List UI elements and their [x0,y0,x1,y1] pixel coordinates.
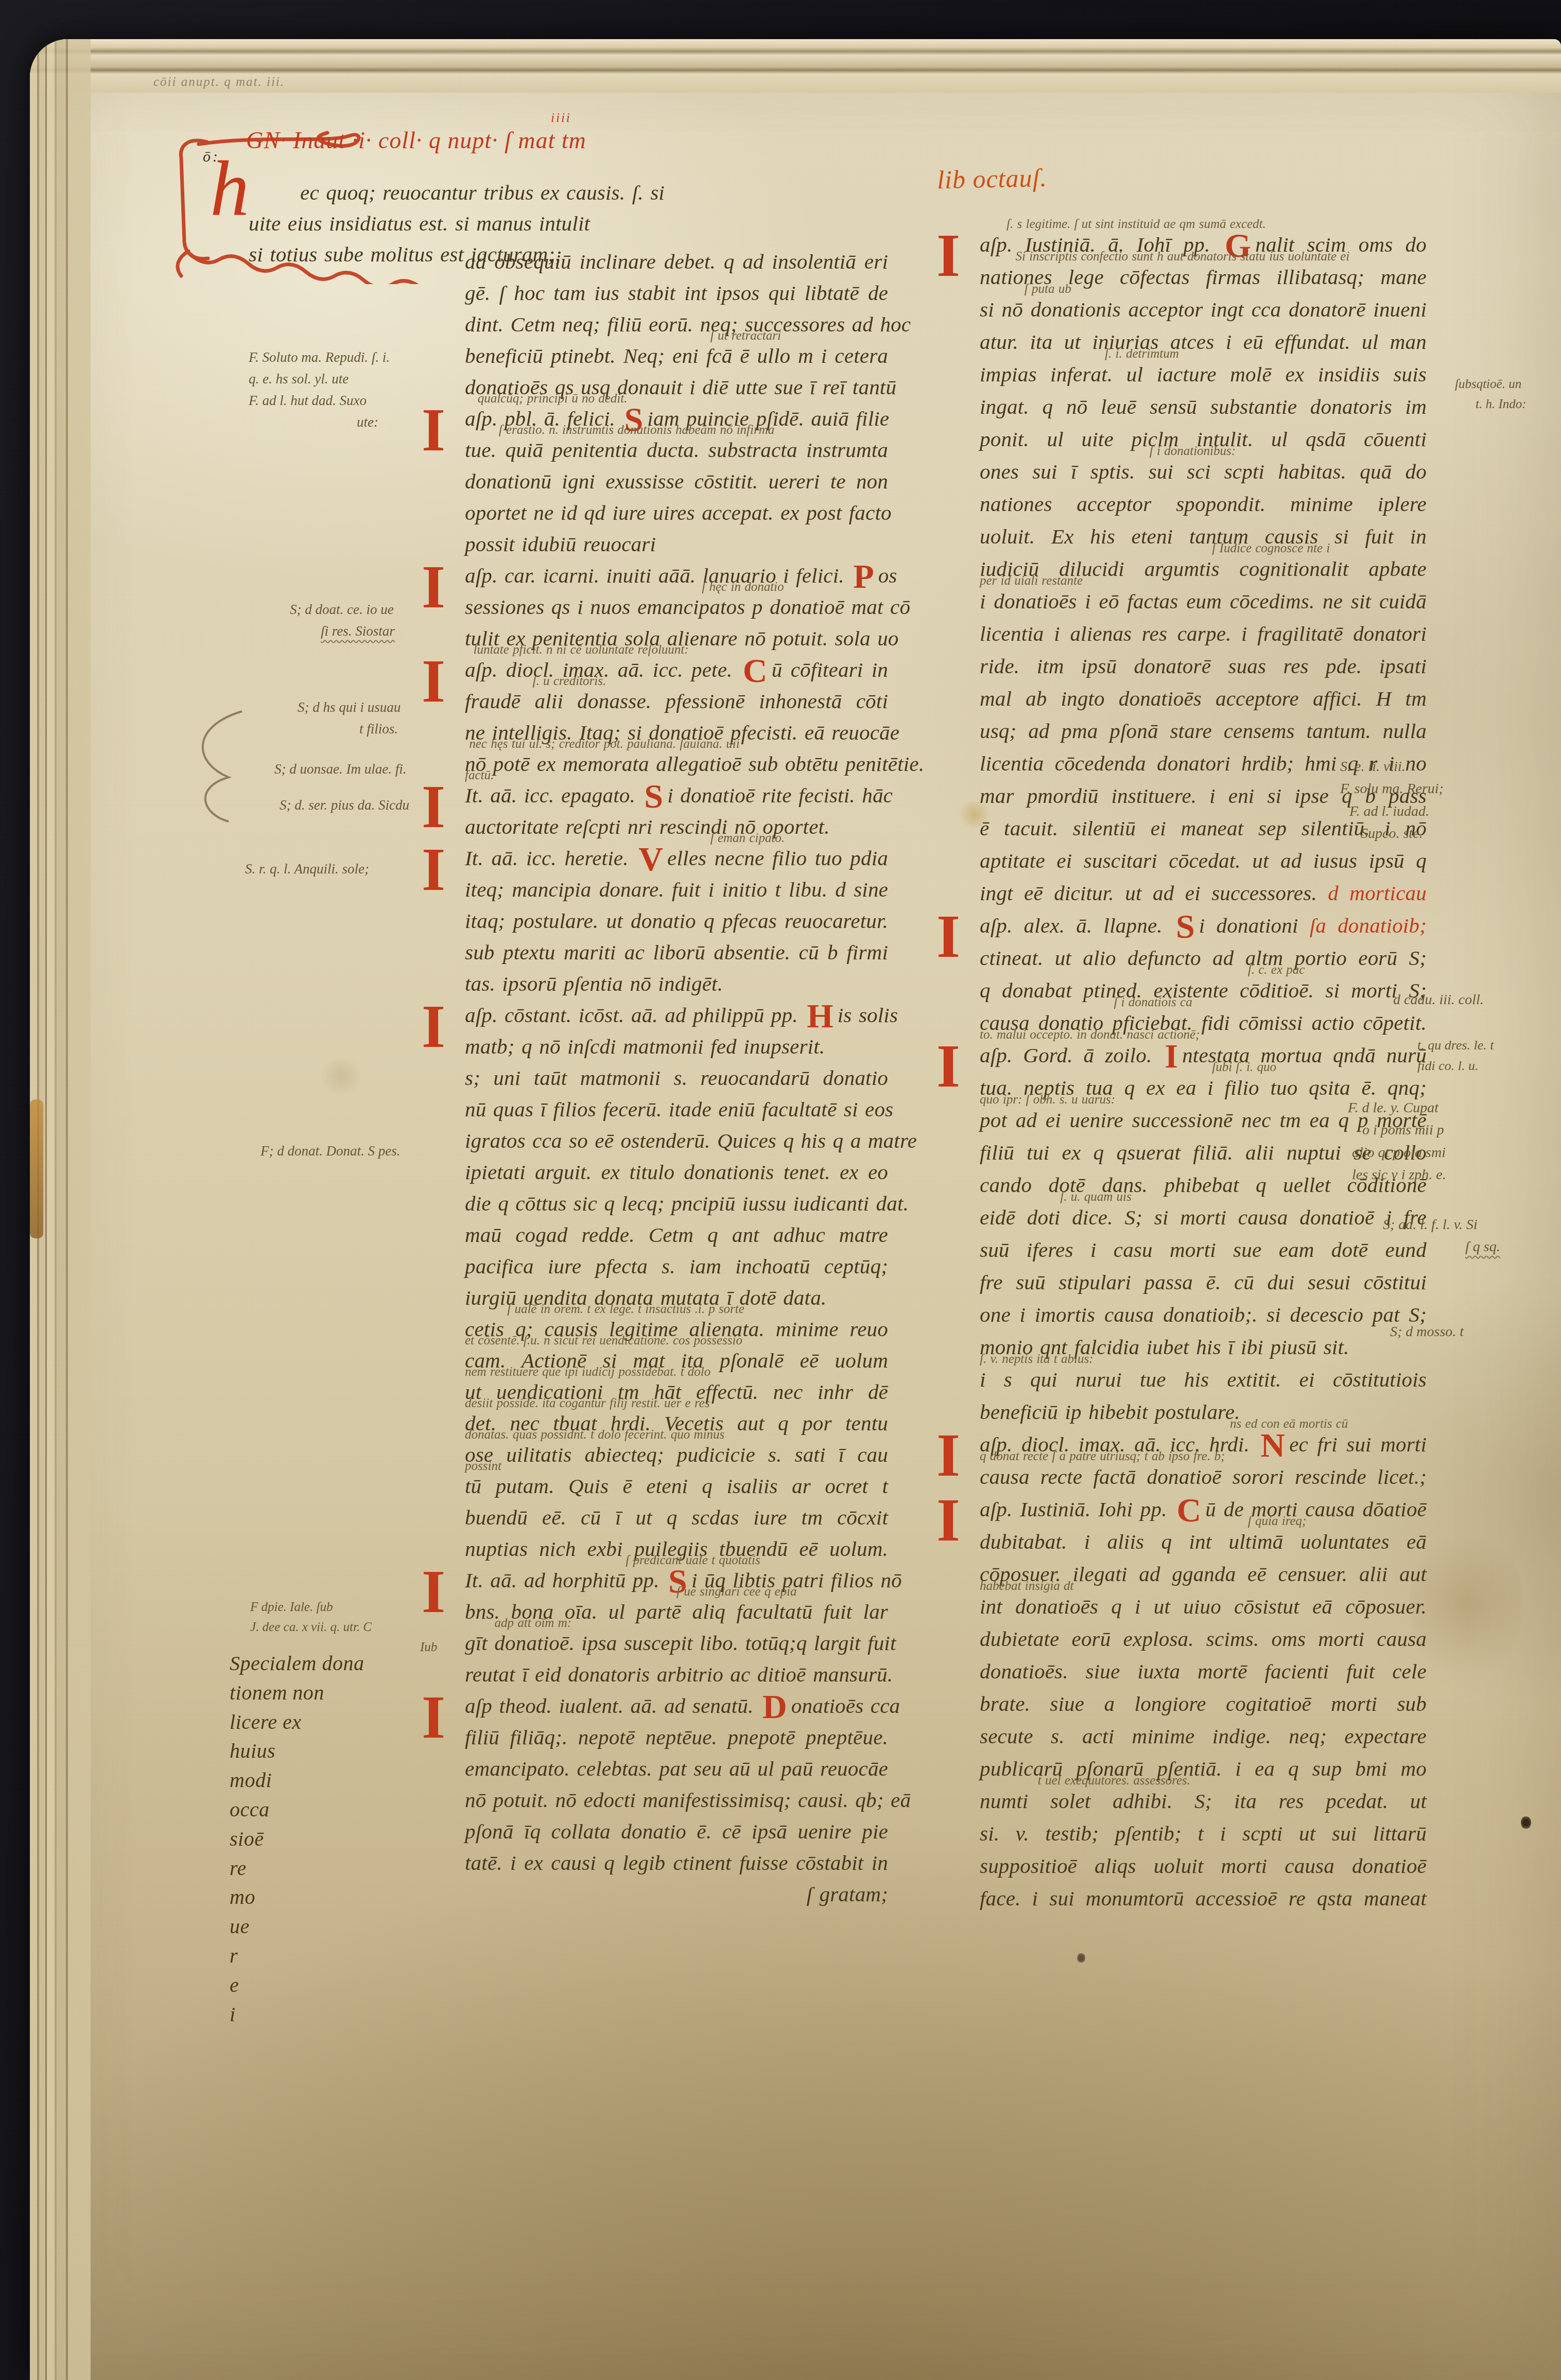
line-text: igratos cca so eē ostenderū. Quices q hi… [465,1129,917,1152]
line-text: tas. ipsorū pſentia nō indigēt. [465,972,723,995]
margin-gloss: F. Soluto ma. Repudi. ſ. i.q. e. hs sol.… [249,347,390,433]
running-title: lib octauſ. [936,163,1047,195]
interlinear-gloss: ſ eman cipato. [710,832,785,845]
line-text: usq; ad pma pſonā stare censems tantum. … [980,719,1427,743]
margin-gloss-line: re [230,1854,364,1883]
line-text: mal ab ingto donatioēs acceptore affici.… [980,687,1427,710]
line-text: tue. quiā penitentia ducta. substracta i… [465,438,888,462]
line-text: si. v. testib; pſentib; t i scpti ut sui… [980,1822,1427,1845]
line-text: gē. ſ hoc tam ius stabit int ipsos qui l… [465,281,888,305]
interlinear-gloss: ſ quia ireq; [1248,1515,1307,1528]
margin-gloss-line: F. ad l. hut dad. Suxo [249,390,390,412]
interlinear-gloss: q donat recte ſ a patre utriusq; t ab ip… [980,1450,1225,1463]
line-text: is solis [838,1003,898,1027]
margin-gloss-line: occa [230,1795,364,1825]
line-text: tū putam. Quis ē eteni q isaliis ar ocre… [465,1474,888,1498]
line-text: beneficiū ip hibebit postulare. [980,1400,1240,1424]
paragraph-initial-I: I [936,906,960,967]
line-text: ones sui ī sptis. sui sci scpti habitas.… [980,460,1427,483]
paragraph-initial-I: I [936,1036,960,1097]
line-text: emancipato. celebtas. pat seu aū ul paū … [465,1757,888,1780]
margin-gloss-line: huius [230,1737,364,1766]
margin-gloss: S; d hs qui i usuaut filios. [298,697,401,740]
line-text: nū quas ī filios fecerū. itade eniū facu… [465,1097,893,1121]
manuscript-line: one i imortis causa donatioib;. si deces… [980,1299,1427,1331]
margin-gloss-line: F dpie. Iale. ſub [250,1598,437,1618]
margin-gloss-line: ſi res. Siostar [321,621,395,642]
manuscript-line: donatioēs. siue iuxta mortē facienti fui… [980,1655,1427,1688]
inline-rubric: ſa donatioib; [1310,914,1427,937]
line-text: ipietati arguit. ex titulo donationis te… [465,1160,888,1184]
line-text: i donatioē rite fecisti. hāc [667,783,893,807]
margin-gloss-line: modi [230,1766,364,1795]
worm-hole [1521,1816,1531,1829]
margin-gloss-line: S. r. q. l. Anquili. sole; [245,859,369,880]
interlinear-gloss: factū. [465,769,494,782]
paragraph-initial-I: I [422,839,445,900]
rubricated-initial: V [636,841,667,878]
manuscript-line: ſ erastio. n. instrumtis donationis habe… [465,434,888,466]
margin-gloss: F; d donat. Donat. S pes. [261,1141,400,1162]
line-text: ū cōfiteari in [772,658,888,681]
interlinear-gloss: ſ Iudice cognosce nte i [1212,542,1330,555]
manuscript-line: beneficiū ip hibebit postulare. [980,1396,1427,1428]
rubricated-initial-h: h [210,149,249,227]
line-text: ad obsequiū inclinare debet. q ad insole… [465,250,888,273]
inscriptio-text: It. aā. icc. epagato. [465,783,642,807]
rubric-superscript-numeral: iiii [551,111,571,126]
margin-gloss-line: e [230,1971,364,2000]
manuscript-line: iteq; mancipia donare. fuit i initio t l… [465,874,888,905]
interlinear-gloss: desiit posside. ita cogantur filij resti… [465,1397,710,1410]
manuscript-line: emancipato. celebtas. pat seu aū ul paū … [465,1753,888,1784]
line-text: onatioēs cca [791,1694,900,1718]
line-text: donationū igni exussisse cōstitit. uerer… [465,469,888,493]
manuscript-line: ſ i donationibus:ones sui ī sptis. sui s… [980,456,1427,488]
paragraph-initial-I: I [422,400,445,461]
interlinear-gloss: ſubi ſ. i. quo [1212,1061,1276,1074]
margin-gloss-line: S. e. li. vlii. [1340,756,1444,778]
paragraph-initial-I: I [936,225,960,286]
manuscript-line: possinttū putam. Quis ē eteni q isaliis … [465,1471,888,1502]
line-text: tatē. i ex causi q legib ctinent fuisse … [465,1851,888,1875]
line-text: ingt eē dicitur. ut ad ei successores. [980,881,1328,905]
interlinear-gloss: ſ. u creditoris. [533,675,606,688]
rubricated-initial: S [1174,908,1199,946]
margin-gloss-line: ue [230,1912,364,1941]
line-text: os [878,564,897,587]
margin-gloss-line: t filios. [359,719,401,740]
interlinear-gloss: nec hęs tui ul. s; creditor pot. paulian… [469,738,739,750]
line-text: dint. Cetm neq; filiū eorū. neq; success… [465,312,911,336]
margin-gloss-line: q. e. hs sol. yl. ute [249,369,390,390]
manuscript-line: ſ ut retractaribeneficiū ptinebt. Neq; e… [465,340,888,372]
line-text: si nō donationis acceptor ingt cca donat… [980,297,1427,321]
manuscript-line: uoluit. Ex his eteni tantum causis si fu… [980,520,1427,553]
line-text: suppositioē aliqs uoluit morti causa don… [980,1854,1427,1878]
line-text: ride. itm ipsū donatorē suas res pde. ip… [980,654,1427,678]
line-text: pſonā īq collata donatio ē. cē ipsā ueni… [465,1819,888,1843]
manuscript-line: q donat recte ſ a patre utriusq; t ab ip… [980,1461,1427,1493]
manuscript-line: t uel exequutores. assessores.numti sole… [980,1785,1427,1817]
margin-gloss: F dpie. Iale. ſubJ. dee ca. x vii. q. ut… [250,1598,437,1657]
manuscript-line: ſ puta ubsi nō donationis acceptor ingt … [980,293,1427,326]
manuscript-line: matb; q nō inſcdi matmonii fed inupserit… [465,1031,888,1062]
line-text: atur. ita ut iniurias atces i eū effunda… [980,330,1427,354]
line-text: numti solet adhibi. S; ita res pcedat. u… [980,1789,1427,1813]
line-text: oportet ne id qd iure uires accepat. ex … [465,501,892,524]
line-text: aptitate ei suscitari cōcedat. ut ad ius… [980,849,1427,872]
manuscript-line: ctineat. ut alio defuncto ad altm portio… [980,942,1427,974]
line-text: ec fri sui morti [1289,1432,1427,1456]
line-text: elles necne filio tuo pdia [667,846,888,870]
manuscript-line: possit idubiū reuocari [465,529,888,560]
line-text: filiū filiāq;. nepotē neptēue. pnepotē p… [465,1725,888,1749]
line-text: q donabat ptined. existente cōditioē. si… [980,978,1427,1002]
interlinear-gloss: ſ ualē in orem. t ex lege. t insactius .… [507,1303,744,1316]
line-text: int donatioēs q i ut uiuo cōsistut eā cō… [980,1595,1427,1618]
manuscript-line: sub ptextu mariti ac liborū absentie. cū… [465,937,888,968]
margin-gloss-line: F. Soluto ma. Repudi. ſ. i. [249,347,390,369]
manuscript-line: buendū eē. cū ī ut q scdas iure tm cōcxi… [465,1502,888,1533]
inscriptio-text: aſp. alex. ā. llapne. [980,914,1174,937]
interlinear-gloss: ſ ue singlari cee q epia [677,1585,796,1598]
manuscript-line: ſ. c. ex pacq donabat ptined. existente … [980,974,1427,1007]
manuscript-line: auctoritate reſcpti nri rescindi nō opor… [465,811,888,843]
line-text: suū iferes i casu morti sue eam dotē eun… [980,1238,1427,1262]
line-text: possit idubiū reuocari [465,532,656,556]
line-text: i donatioēs i eō factas eum cōcedims. ne… [980,589,1427,613]
interlinear-gloss: ſ. s legitime. ſ ut sint instituid ae qm… [1007,218,1266,231]
paragraph-initial-I: I [422,557,445,618]
manuscript-line: licentia i alienas res carpe. i fragilit… [980,618,1427,650]
line-text: secute s. acti minime indige. neq; expec… [980,1724,1427,1748]
line-text: nō potē ex memorata allegatioē sub obtēt… [465,752,924,776]
paragraph-initial-I: I [422,777,445,837]
interlinear-gloss: ſ puta ub [1025,283,1071,295]
manuscript-line: Iaſp theod. iualent. aā. ad senatū. Dona… [465,1690,888,1722]
line-text: maū cogad redde. Cetm q ant adhuc matre [465,1223,888,1247]
rubricated-initial: C [741,652,772,690]
manuscript-line: nationes acceptor spopondit. minime iple… [980,488,1427,520]
interlinear-gloss: luntate pficit. n ni cē uoluntate reſolu… [473,643,688,656]
margin-gloss-line: les sic v i zph. e. [1352,1164,1446,1186]
paragraph-initial-I: I [422,1687,445,1748]
manuscript-line: ſ. u. quam uiseidē doti dice. S; si mort… [980,1201,1427,1234]
interlinear-gloss: ſ. v. neptis ita t abius: [980,1353,1094,1366]
interlinear-gloss: ſ i donatiois ca [1114,996,1192,1009]
interlinear-gloss: quo ipr: ſ obh. s. u uarus: [980,1093,1115,1106]
margin-gloss-line: fidi co. l. u. [1417,1056,1494,1076]
line-text: itaq; postulare. ut donatio q pfecas reu… [465,909,888,933]
inscriptio-text: aſp. Gord. ā zoilo. [980,1043,1163,1067]
manuscript-line: nō potuit. nō edocti manifestissimisq; c… [465,1784,888,1816]
margin-gloss-line: F. solu ma. Rerui; [1340,778,1444,800]
manuscript-line: donatas. quas possidnt. t dolo fecerint.… [465,1439,888,1471]
line-text: uoluit. Ex his eteni tantum causis si fu… [980,524,1427,548]
inscriptio-text: It. aā. icc. heretie. [465,846,636,870]
margin-gloss: S; d doat. ce. io ueſi res. Siostar [290,599,395,642]
manuscript-line: filiū filiāq;. nepotē neptēue. pnepotē p… [465,1722,888,1753]
line-text: gīt donatioē. ipsa suscepit libo. totūq;… [465,1631,896,1655]
manuscript-line: Ito. malui occepto. in donat. nasci acti… [980,1039,1427,1072]
line-text: dubitabat. i aliis q int ultimā uoluntat… [980,1530,1427,1553]
manuscript-line: per id uiali restantei donatioēs i eō fa… [980,585,1427,618]
interlinear-gloss: ns ed con eā mortis cū [1230,1417,1348,1430]
manuscript-line: tas. ipsorū pſentia nō indigēt. [465,968,888,1000]
margin-gloss: S; d. ser. pius da. Sicdu [280,795,409,816]
interlinear-gloss: possint [465,1460,501,1473]
manuscript-line: donationū igni exussisse cōstitit. uerer… [465,466,888,497]
manuscript-line: Ifactū.It. aā. icc. epagato. Si donatioē… [465,780,888,811]
manuscript-line: dubietate eorū explosa. scims. oms morti… [980,1623,1427,1655]
line-text: beneficiū ptinebt. Neq; eni fcā ē ullo m… [465,344,888,367]
inscriptio-text: It. aā. ad horphitū pp. [465,1568,666,1592]
line-text: die q cōttus sic q lecq; pncipiū iussu i… [465,1192,909,1215]
inscriptio-text: aſp theod. iualent. aā. ad senatū. [465,1694,760,1718]
margin-gloss-line: i [230,2000,364,2029]
line-text: ctineat. ut alio defuncto ad altm portio… [980,946,1427,970]
stain [1410,1521,1523,1686]
line-text: i donationi [1199,914,1310,937]
manuscript-line: dint. Cetm neq; filiū eorū. neq; success… [465,309,888,340]
manuscript-line: Iluntate pficit. n ni cē uoluntate reſol… [465,654,888,686]
margin-gloss-line: S; d. ser. pius da. Sicdu [280,795,409,816]
margin-gloss-line: S; d uonsae. Im ulae. fi. [274,759,406,780]
line-text: ſ gratam; [806,1882,888,1906]
rubricated-initial: D [760,1688,791,1726]
manuscript-line: ſ. u creditoris.fraudē alii donasse. pfe… [465,686,888,717]
rubricated-initial: S [642,778,667,815]
margin-gloss-line: S; d mosso. t [1390,1321,1464,1343]
manuscript-line: s; uni taūt matmonii s. reuocandarū dona… [465,1062,888,1094]
margin-gloss-line: F. ad l. iudad. [1349,800,1444,822]
manuscript-line: nec hęs tui ul. s; creditor pot. paulian… [465,748,888,780]
margin-gloss-line: r [230,1941,364,1971]
interlinear-gloss: et cōsentē. ſ.u. n sicut rei uendication… [465,1334,742,1347]
manuscript-line: aptitate ei suscitari cōcedat. ut ad ius… [980,845,1427,877]
line-text: reutat ī eid donatoris arbitrio ac ditio… [465,1662,893,1686]
inscriptio-text: aſp. cōstant. icōst. aā. ad philippū pp. [465,1003,805,1027]
line-text: uite eius insidiatus est. si manus intul… [249,212,590,235]
margin-gloss-line: sioē [230,1825,364,1854]
margin-gloss-line: S; d hs qui i usuau [298,697,401,719]
margin-gloss: d cadu. iii. coll. [1393,989,1484,1011]
inscriptio-text: aſp. Iustiniā. Iohi pp. [980,1497,1174,1521]
manuscript-line: face. i sui monumtorū accessioē re qsta … [980,1882,1427,1915]
line-text: one i imortis causa donatioib;. si deces… [980,1303,1427,1326]
interlinear-gloss: adp att oīm m: [495,1617,572,1630]
margin-gloss-line: S; ad. l. f. l. v. Si [1383,1214,1500,1236]
interlinear-gloss: ſ. u. quam uis [1060,1191,1131,1203]
manuscript-line: Iaſp. car. icarni. inuiti aāā. lanuario … [465,560,888,591]
margin-gloss-line: Iub [420,1638,437,1658]
inscriptio-text: aſp. car. icarni. inuiti aāā. lanuario i… [465,564,851,587]
margin-gloss: S; d mosso. t [1390,1321,1464,1343]
manuscript-line: mal ab ingto donatioēs acceptore affici.… [980,682,1427,715]
margin-gloss-line: t. qu dres. le. t [1417,1035,1494,1056]
manuscript-line: Iaſp. alex. ā. llapne. Si donationi ſa d… [980,909,1427,942]
margin-gloss-line: F; d donat. Donat. S pes. [261,1141,400,1162]
margin-gloss-line: d cadu. iii. coll. [1393,989,1484,1011]
manuscript-line: ad obsequiū inclinare debet. q ad insole… [465,246,888,277]
manuscript-line: atur. ita ut iniurias atces i eū effunda… [980,326,1427,358]
manuscript-line: pacifica iure pfecta s. iam inchoatū cep… [465,1251,888,1282]
manuscript-line: suppositioē aliqs uoluit morti causa don… [980,1850,1427,1882]
manuscript-line: ride. itm ipsū donatorē suas res pde. ip… [980,650,1427,682]
margin-gloss: Specialem donationem nonlicere exhuiusmo… [230,1649,364,2029]
line-text: impias inferat. ul iacture molē ex insid… [980,362,1427,386]
manuscript-line: ſ gratam; [465,1879,888,1910]
line-text: s; uni taūt matmonii s. reuocandarū dona… [465,1066,888,1090]
right-text-column: Iſ. s legitime. ſ ut sint instituid ae q… [980,229,1427,1915]
manuscript-line: oportet ne id qd iure uires accepat. ex … [465,497,888,529]
margin-gloss-line: J. dee ca. x vii. q. utr. C [250,1618,437,1638]
interlinear-gloss: ſ hęc in donatio [702,581,784,593]
margin-gloss: t. qu dres. le. tfidi co. l. u. [1417,1035,1494,1077]
manuscript-line: itaq; postulare. ut donatio q pfecas reu… [465,905,888,937]
line-text: ingat. q nō leuē sensū substantie donato… [980,395,1427,418]
interlinear-gloss: habebat insigia dt [980,1580,1074,1592]
rubric-title: GN· Inaut ·i· coll· q nupt· ſ mat tm [246,127,586,154]
binding-glint [30,1099,43,1238]
margin-gloss-line: mo [230,1883,364,1912]
manuscript-line: suū iferes i casu morti sue eam dotē eun… [980,1234,1427,1266]
line-text: matb; q nō inſcdi matmonii fed inupserit… [465,1035,825,1058]
line-text: sessiones qs i nuos emancipatos p donati… [465,595,910,619]
manuscript-line: ingt eē dicitur. ut ad ei successores. d… [980,877,1427,909]
margin-gloss: S; d uonsae. Im ulae. fi. [274,759,406,780]
interlinear-gloss: ſ erastio. n. instrumtis donationis habe… [499,424,775,436]
manuscript-line: Iaſp. cōstant. icōst. aā. ad philippū pp… [465,1000,888,1031]
rubricated-initial: N [1258,1427,1289,1464]
manuscript-line: die q cōttus sic q lecq; pncipiū iussu i… [465,1188,888,1219]
paragraph-initial-I: I [936,1490,960,1551]
margin-gloss-line: o i poms mii p [1362,1119,1446,1141]
interlinear-gloss: Si inscriptis confectio sunt h aut donat… [1015,250,1349,263]
margin-gloss-line: licere ex [230,1708,364,1737]
interlinear-gloss: per id uiali restante [980,574,1083,587]
manuscript-line: usq; ad pma pſonā stare censems tantum. … [980,715,1427,747]
line-text: brate. siue a longiore cogitatioē morti … [980,1692,1427,1716]
line-text: nationes acceptor spopondit. minime iple… [980,492,1427,516]
line-text: ose uilitatis abiecteq; pudicicie s. sat… [465,1443,888,1466]
manuscript-line: fre suū stipulari passa ē. cū dui sesui … [980,1266,1427,1299]
margin-gloss: ſubsqtioē. unt. h. Indo: [1455,375,1527,415]
margin-gloss-line: tionem non [230,1678,364,1708]
line-text: causa recte factā donatioē sorori rescin… [980,1465,1427,1489]
margin-gloss: S; ad. l. f. l. v. Siſ q sq. [1383,1214,1500,1258]
line-text: face. i sui monumtorū accessioē re qsta … [980,1886,1427,1910]
interlinear-gloss: qualcūq; principi ū no dedit. [478,392,628,405]
interlinear-gloss: t uel exequutores. assessores. [1038,1774,1190,1787]
worm-hole [1077,1953,1085,1963]
manuscript-page: cōii anupt. q mat. iii. lib octauſ. ō: G… [30,39,1561,2380]
margin-gloss-line: S; d doat. ce. io ue [290,599,395,621]
manuscript-line: ſ. i. detrimtumimpias inferat. ul iactur… [980,358,1427,391]
line-text: donatioēs. siue iuxta mortē facienti fui… [980,1659,1427,1683]
manuscript-line: uite eius insidiatus est. si manus intul… [249,208,825,239]
manuscript-line: maū cogad redde. Cetm q ant adhuc matre [465,1219,888,1251]
manuscript-line: habebat insigia dtint donatioēs q i ut u… [980,1590,1427,1623]
manuscript-line: adp att oīm m:gīt donatioē. ipsa suscepi… [465,1627,888,1659]
manuscript-line: brate. siue a longiore cogitatioē morti … [980,1688,1427,1720]
line-text: dubietate eorū explosa. scims. oms morti… [980,1627,1427,1651]
margin-gloss: S. r. q. l. Anquili. sole; [245,859,369,880]
line-text: eidē doti dice. S; si morti causa donati… [980,1205,1427,1229]
line-text: nō potuit. nō edocti manifestissimisq; c… [465,1788,911,1812]
interlinear-gloss: nem restituere que ipi iudicij possideba… [465,1366,710,1378]
manuscript-line: secute s. acti minime indige. neq; expec… [980,1720,1427,1753]
manuscript-line: ec quoq; reuocantur tribus ex causis. ſ.… [249,177,825,208]
inline-rubric: d morticau [1328,881,1427,905]
line-text: i s qui nurui tue his extitit. ei cōstit… [980,1368,1427,1391]
line-text: sub ptextu mariti ac liborū absentie. cū… [465,940,888,964]
left-text-column: ad obsequiū inclinare debet. q ad insole… [465,246,888,1910]
trimmed-top-note: cōii anupt. q mat. iii. [153,75,285,90]
interlinear-gloss: ſ predicant uale t quotatis [626,1554,760,1567]
interlinear-gloss: ſ. c. ex pac [1248,964,1305,976]
manuscript-line: gē. ſ hoc tam ius stabit int ipsos qui l… [465,277,888,309]
margin-gloss-line: ſubsqtioē. un [1455,375,1527,395]
manuscript-line: reutat ī eid donatoris arbitrio ac ditio… [465,1659,888,1690]
manuscript-line: Iaſp. Iustiniā. Iohi pp. Cū de morti cau… [980,1493,1427,1526]
margin-gloss-line: Supco. ste. [1361,822,1444,845]
line-text: fre suū stipulari passa ē. cū dui sesui … [980,1270,1427,1294]
line-text: ec quoq; reuocantur tribus ex causis. ſ.… [300,181,665,204]
manuscript-line: ſ hęc in donatiosessiones qs i nuos eman… [465,591,888,623]
paragraph-initial-I: I [936,1425,960,1486]
manuscript-line: tatē. i ex causi q legib ctinent fuisse … [465,1847,888,1879]
margin-gloss-line: Specialem dona [230,1649,364,1678]
rubricated-initial: P [851,558,878,596]
interlinear-gloss: to. malui occepto. in donat. nasci actio… [980,1028,1200,1041]
line-text: buendū eē. cū ī ut q scdas iure tm cōcxi… [465,1506,888,1529]
margin-flourish [175,706,252,840]
line-text: fraudē alii donasse. pfessionē inhonestā… [465,689,888,713]
manuscript-line: pſonā īq collata donatio ē. cē ipsā ueni… [465,1816,888,1847]
interlinear-gloss: ſ. i. detrimtum [1105,347,1179,360]
margin-gloss-line: ute: [357,412,390,433]
margin-gloss-line: F. d le. y. Cupat [1348,1097,1446,1119]
rubricated-initial: H [805,997,838,1035]
manuscript-line: ſ. v. neptis ita t abius:i s qui nurui t… [980,1363,1427,1396]
manuscript-line: Iſ eman cipato.It. aā. icc. heretie. Vel… [465,843,888,874]
line-text: licentia i alienas res carpe. i fragilit… [980,622,1427,645]
paragraph-initial-I: I [422,651,445,712]
manuscript-line: ſ quia ireq;dubitabat. i aliis q int ult… [980,1526,1427,1558]
line-text: ū de morti causa dōatioē [1205,1497,1427,1521]
interlinear-gloss: ſ i donationibus: [1150,445,1236,458]
line-text: pacifica iure pfecta s. iam inchoatū cep… [465,1254,888,1278]
margin-gloss-line: alio qt p oia smi [1352,1142,1446,1164]
manuscript-line: ipietati arguit. ex titulo donationis te… [465,1157,888,1188]
paragraph-initial-I: I [422,996,445,1057]
rubricated-initial: C [1174,1492,1205,1529]
stain [318,1058,365,1094]
margin-gloss: S. e. li. vlii.F. solu ma. Rerui;F. ad l… [1340,756,1444,845]
manuscript-line: si. v. testib; pſentib; t i scpti ut sui… [980,1817,1427,1850]
manuscript-line: nū quas ī filios fecerū. itade eniū facu… [465,1094,888,1125]
rubricated-initial: I [1163,1038,1182,1075]
manuscript-line: ingat. q nō leuē sensū substantie donato… [980,391,1427,423]
margin-gloss: F. d le. y. Cupato i poms mii palio qt p… [1348,1097,1446,1186]
margin-gloss-line: t. h. Indo: [1476,395,1527,415]
margin-gloss-line: ſ q sq. [1465,1236,1500,1258]
line-text: iteq; mancipia donare. fuit i initio t l… [465,878,888,901]
interlinear-gloss: donatas. quas possidnt. t dolo fecerint.… [465,1428,724,1441]
interlinear-gloss: ſ ut retractari [710,329,781,342]
